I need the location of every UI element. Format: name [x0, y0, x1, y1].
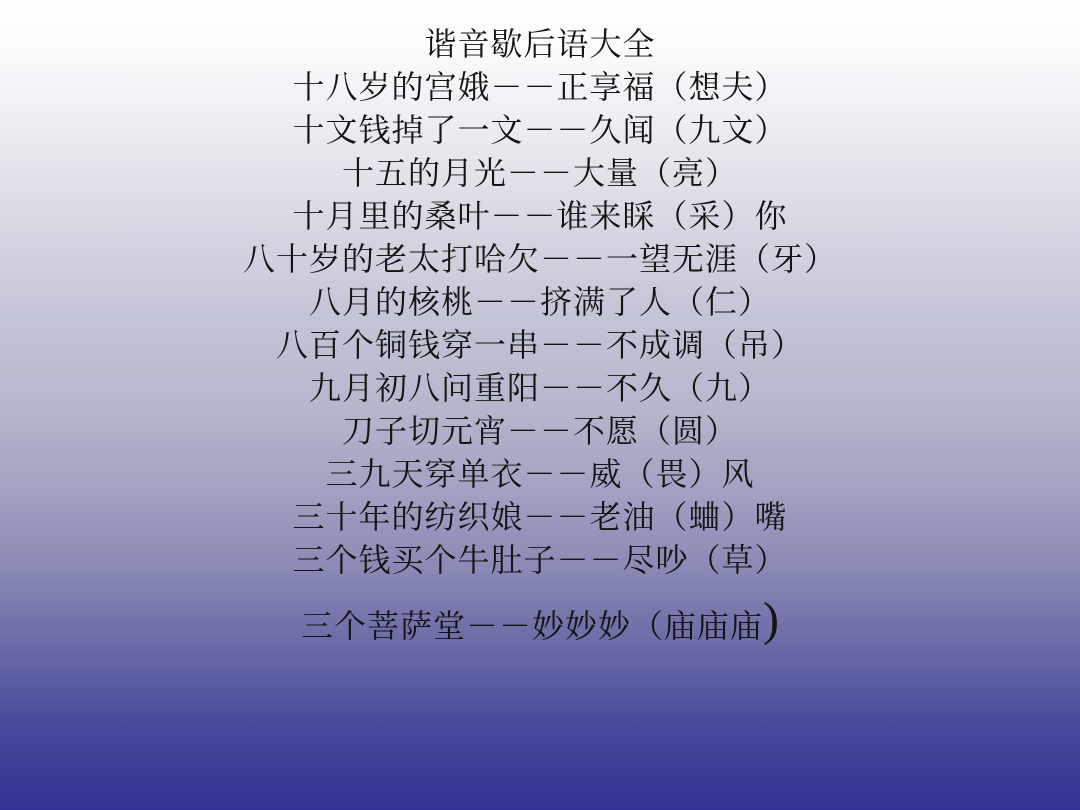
slide-background: 谐音歇后语大全 十八岁的宫娥－－正享福（想夫） 十文钱掉了一文－－久闻（九文） …: [0, 0, 1080, 810]
saying-line: 十八岁的宫娥－－正享福（想夫）: [0, 66, 1080, 109]
saying-line: 十月里的桑叶－－谁来睬（采）你: [0, 195, 1080, 238]
saying-line: 九月初八问重阳－－不久（九）: [0, 367, 1080, 410]
saying-line-last-text: 三个菩萨堂－－妙妙妙（庙庙庙: [301, 608, 763, 644]
saying-line: 三个钱买个牛肚子－－尽吵（草）: [0, 539, 1080, 582]
saying-line-last: 三个菩萨堂－－妙妙妙（庙庙庙): [0, 601, 1080, 651]
saying-line: 三九天穿单衣－－威（畏）风: [0, 453, 1080, 496]
saying-line: 十文钱掉了一文－－久闻（九文）: [0, 109, 1080, 152]
saying-line: 十五的月光－－大量（亮）: [0, 152, 1080, 195]
large-closing-paren: ): [763, 593, 779, 646]
slide-title: 谐音歇后语大全: [0, 22, 1080, 66]
saying-line: 八月的核桃－－挤满了人（仁）: [0, 281, 1080, 324]
saying-line: 八百个铜钱穿一串－－不成调（吊）: [0, 324, 1080, 367]
saying-line: 八十岁的老太打哈欠－－一望无涯（牙）: [0, 238, 1080, 281]
saying-line: 三十年的纺织娘－－老油（蛐）嘴: [0, 496, 1080, 539]
saying-line: 刀子切元宵－－不愿（圆）: [0, 410, 1080, 453]
